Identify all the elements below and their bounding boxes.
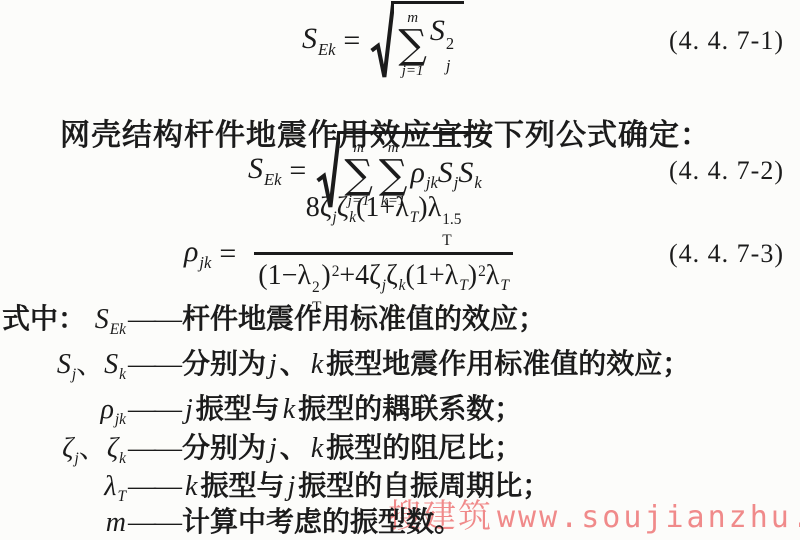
symbol-sek: SEk	[95, 304, 126, 339]
definition-text: k振型与j振型的自振周期比；	[182, 464, 550, 504]
numerator: 8ζjζk(1+λT)λ1.5T	[300, 192, 468, 252]
eq2-rho: ρjk	[410, 156, 437, 194]
equals-sign: =	[219, 237, 236, 271]
summation-j: m ∑ j=1	[398, 11, 427, 79]
intro-paragraph: 网壳结构杆件地震作用效应宜按下列公式确定：	[60, 110, 711, 154]
equals-sign: =	[289, 154, 306, 188]
formula-4-4-7-3: ρjk = 8ζjζk(1+λT)λ1.5T (1−λ2T)2+4ζjζk(1+…	[0, 210, 800, 298]
dash: ——	[128, 304, 180, 336]
dash: ——	[128, 471, 180, 503]
equation-label-2: (4. 4. 7-2)	[669, 156, 784, 186]
eq3-lhs: ρjk	[184, 235, 211, 273]
dash: ——	[128, 433, 180, 465]
equation-1: SEk = m ∑ j=1 S2j	[302, 1, 464, 81]
definition-m: m —— 计算中考虑的振型数。	[0, 500, 800, 540]
sigma-icon: ∑	[379, 156, 408, 194]
eq2-sj: Sj	[438, 156, 459, 194]
eq2-sk: Sk	[458, 156, 481, 194]
definition-zeta: ζj、ζk —— 分别为j、k振型的阻尼比；	[0, 426, 800, 468]
definition-text: 分别为j、k振型的阻尼比；	[182, 426, 522, 466]
sigma-icon: ∑	[344, 156, 373, 194]
definition-sek: 式中：SEk —— 杆件地震作用标准值的效应；	[0, 297, 800, 339]
symbol-sj-sk: Sj、Sk	[57, 342, 126, 384]
radical: m ∑ j=1 S2j	[370, 1, 464, 81]
definition-sj-sk: Sj、Sk —— 分别为j、k振型地震作用标准值的效应；	[0, 342, 800, 384]
definition-text: 计算中考虑的振型数。	[182, 500, 462, 540]
symbol-zeta-j-k: ζj、ζk	[62, 426, 126, 468]
dash: ——	[128, 349, 180, 381]
where-label: 式中：	[0, 297, 86, 337]
dash: ——	[128, 394, 180, 426]
definition-text: 分别为j、k振型地震作用标准值的效应；	[182, 342, 690, 382]
equation-label-1: (4. 4. 7-1)	[669, 26, 784, 56]
formula-4-4-7-1: SEk = m ∑ j=1 S2j (4. 4. 7-1)	[0, 2, 800, 80]
definition-text: 杆件地震作用标准值的效应；	[182, 297, 546, 337]
eq1-lhs: SEk	[302, 22, 335, 60]
definition-text: j振型与k振型的耦联系数；	[182, 387, 522, 427]
dash: ——	[128, 507, 180, 539]
eq1-term: S2j	[430, 14, 454, 74]
symbol-rho-jk: ρjk	[100, 394, 126, 429]
eq2-lhs: SEk	[248, 152, 281, 190]
symbol-m: m	[106, 507, 126, 539]
equals-sign: =	[343, 24, 360, 58]
sigma-icon: ∑	[398, 26, 427, 64]
radicand: m ∑ j=1 S2j	[391, 1, 464, 81]
document-page: SEk = m ∑ j=1 S2j (4. 4. 7-1) 网壳结构杆件地震作用…	[0, 0, 800, 540]
equation-label-3: (4. 4. 7-3)	[669, 239, 784, 269]
definition-rho-jk: ρjk —— j振型与k振型的耦联系数；	[0, 387, 800, 429]
